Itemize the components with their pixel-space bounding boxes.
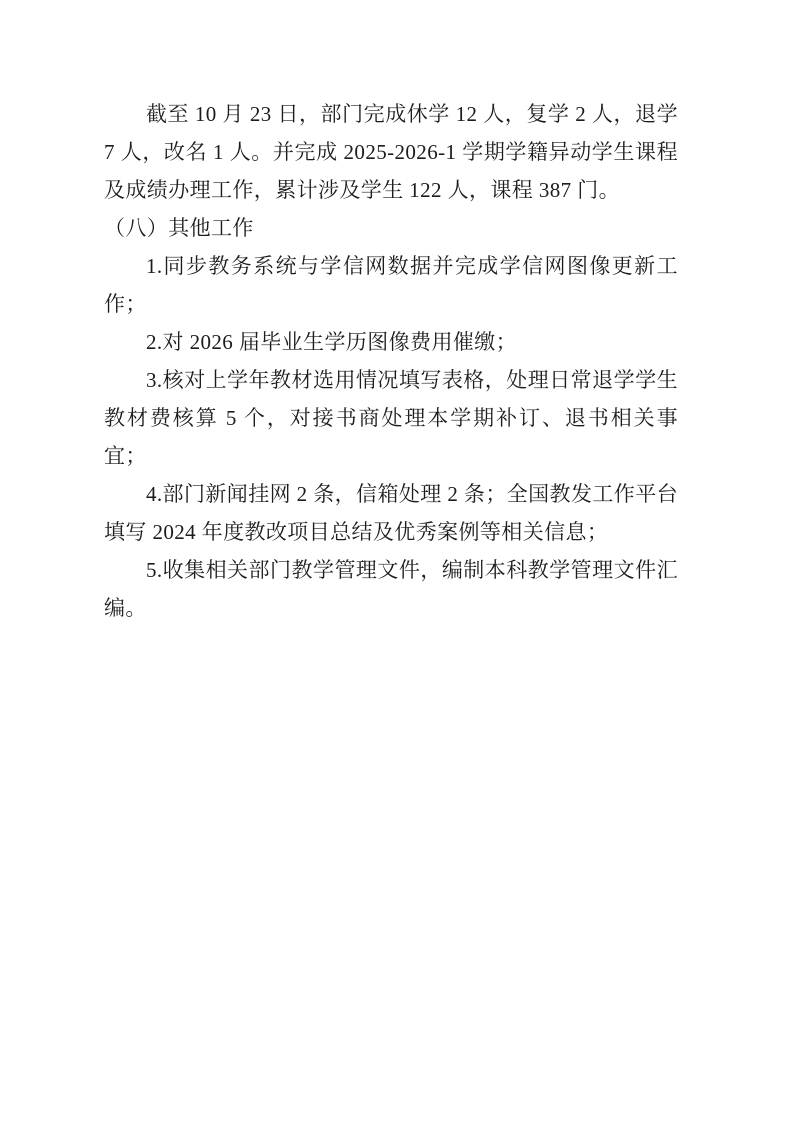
paragraph: 3.核对上学年教材选用情况填写表格，处理日常退学学生教材费核算 5 个，对接书商… [104, 361, 678, 475]
paragraph: 5.收集相关部门教学管理文件，编制本科教学管理文件汇编。 [104, 551, 678, 627]
paragraph: 1.同步教务系统与学信网数据并完成学信网图像更新工作； [104, 247, 678, 323]
paragraph: 2.对 2026 届毕业生学历图像费用催缴； [104, 323, 678, 361]
paragraph: 4.部门新闻挂网 2 条，信箱处理 2 条；全国教发工作平台填写 2024 年度… [104, 475, 678, 551]
document-body: 截至 10 月 23 日，部门完成休学 12 人，复学 2 人，退学 7 人，改… [104, 95, 678, 627]
paragraph: 截至 10 月 23 日，部门完成休学 12 人，复学 2 人，退学 7 人，改… [104, 95, 678, 209]
section-heading: （八）其他工作 [104, 209, 678, 247]
document-page: 截至 10 月 23 日，部门完成休学 12 人，复学 2 人，退学 7 人，改… [0, 0, 793, 1122]
